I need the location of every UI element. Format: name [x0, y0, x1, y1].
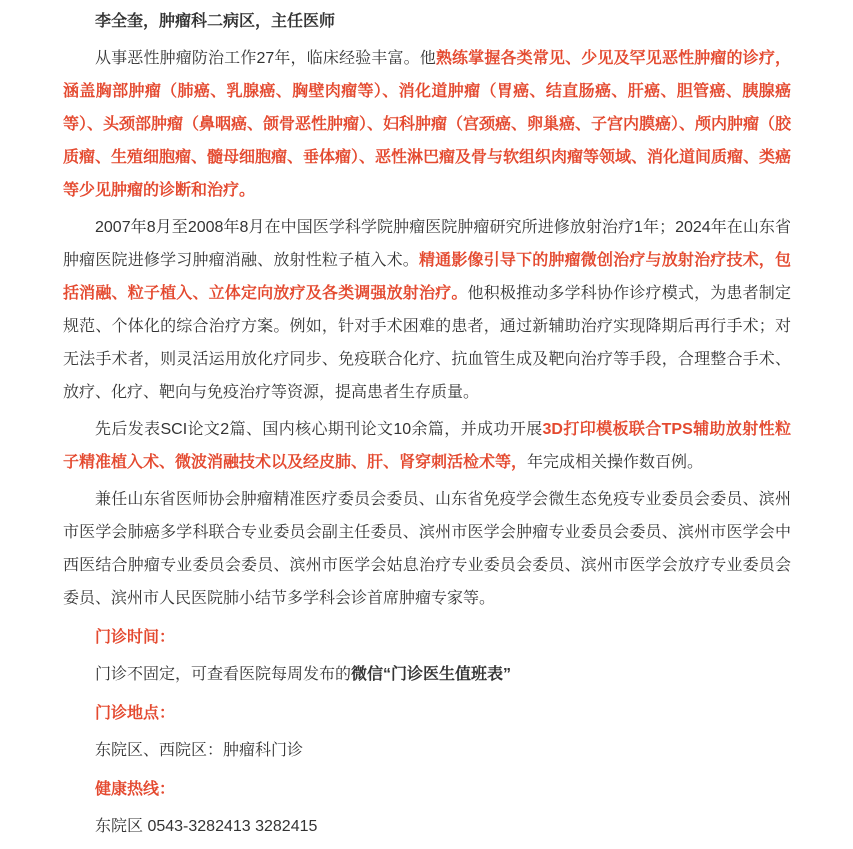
clinic-location-detail: 东院区、西院区：肿瘤科门诊 — [63, 734, 791, 767]
clinic-time-note: 门诊不固定，可查看医院每周发布的微信“门诊医生值班表” — [63, 658, 791, 691]
research-paragraph: 先后发表SCI论文2篇、国内核心期刊论文10余篇，并成功开展3D打印模板联合TP… — [63, 413, 791, 479]
expertise-intro-text: 从事恶性肿瘤防治工作27年，临床经验丰富。他 — [95, 50, 436, 67]
doctor-title: 李全奎，肿瘤科二病区，主任医师 — [63, 5, 791, 38]
training-paragraph: 2007年8月至2008年8月在中国医学科学院肿瘤医院肿瘤研究所进修放射治疗1年… — [63, 211, 791, 409]
training-practice-text: 他积极推动多学科协作诊疗模式，为患者制定规范、个体化的综合治疗方案。例如，针对手… — [63, 285, 791, 401]
clinic-location-detail-text: 东院区、西院区：肿瘤科门诊 — [95, 742, 303, 759]
research-outro-text: 年完成相关操作数百例。 — [527, 454, 703, 471]
clinic-location-heading-text: 门诊地点： — [95, 705, 175, 722]
expertise-highlight-text: 熟练掌握各类常见、少见及罕见恶性肿瘤的诊疗，涵盖胸部肿瘤（肺癌、乳腺癌、胸壁肉瘤… — [63, 50, 791, 199]
research-intro-text: 先后发表SCI论文2篇、国内核心期刊论文10余篇，并成功开展 — [95, 421, 543, 438]
clinic-location-heading: 门诊地点： — [63, 697, 791, 730]
hotline-detail-text: 东院区 0543-3282413 3282415 — [95, 818, 317, 835]
hotline-heading: 健康热线： — [63, 773, 791, 806]
doctor-profile-document: 李全奎，肿瘤科二病区，主任医师 从事恶性肿瘤防治工作27年，临床经验丰富。他熟练… — [0, 0, 853, 849]
doctor-title-text: 李全奎，肿瘤科二病区，主任医师 — [95, 13, 335, 30]
hotline-heading-text: 健康热线： — [95, 781, 175, 798]
memberships-text: 兼任山东省医师协会肿瘤精准医疗委员会委员、山东省免疫学会微生态免疫专业委员会委员… — [63, 491, 791, 607]
hotline-detail: 东院区 0543-3282413 3282415 — [63, 810, 791, 843]
clinic-time-heading-text: 门诊时间： — [95, 629, 175, 646]
clinic-time-note-bold-text: 微信“门诊医生值班表” — [351, 666, 511, 683]
expertise-paragraph: 从事恶性肿瘤防治工作27年，临床经验丰富。他熟练掌握各类常见、少见及罕见恶性肿瘤… — [63, 42, 791, 207]
clinic-time-note-text: 门诊不固定，可查看医院每周发布的 — [95, 666, 351, 683]
memberships-paragraph: 兼任山东省医师协会肿瘤精准医疗委员会委员、山东省免疫学会微生态免疫专业委员会委员… — [63, 483, 791, 615]
clinic-time-heading: 门诊时间： — [63, 621, 791, 654]
